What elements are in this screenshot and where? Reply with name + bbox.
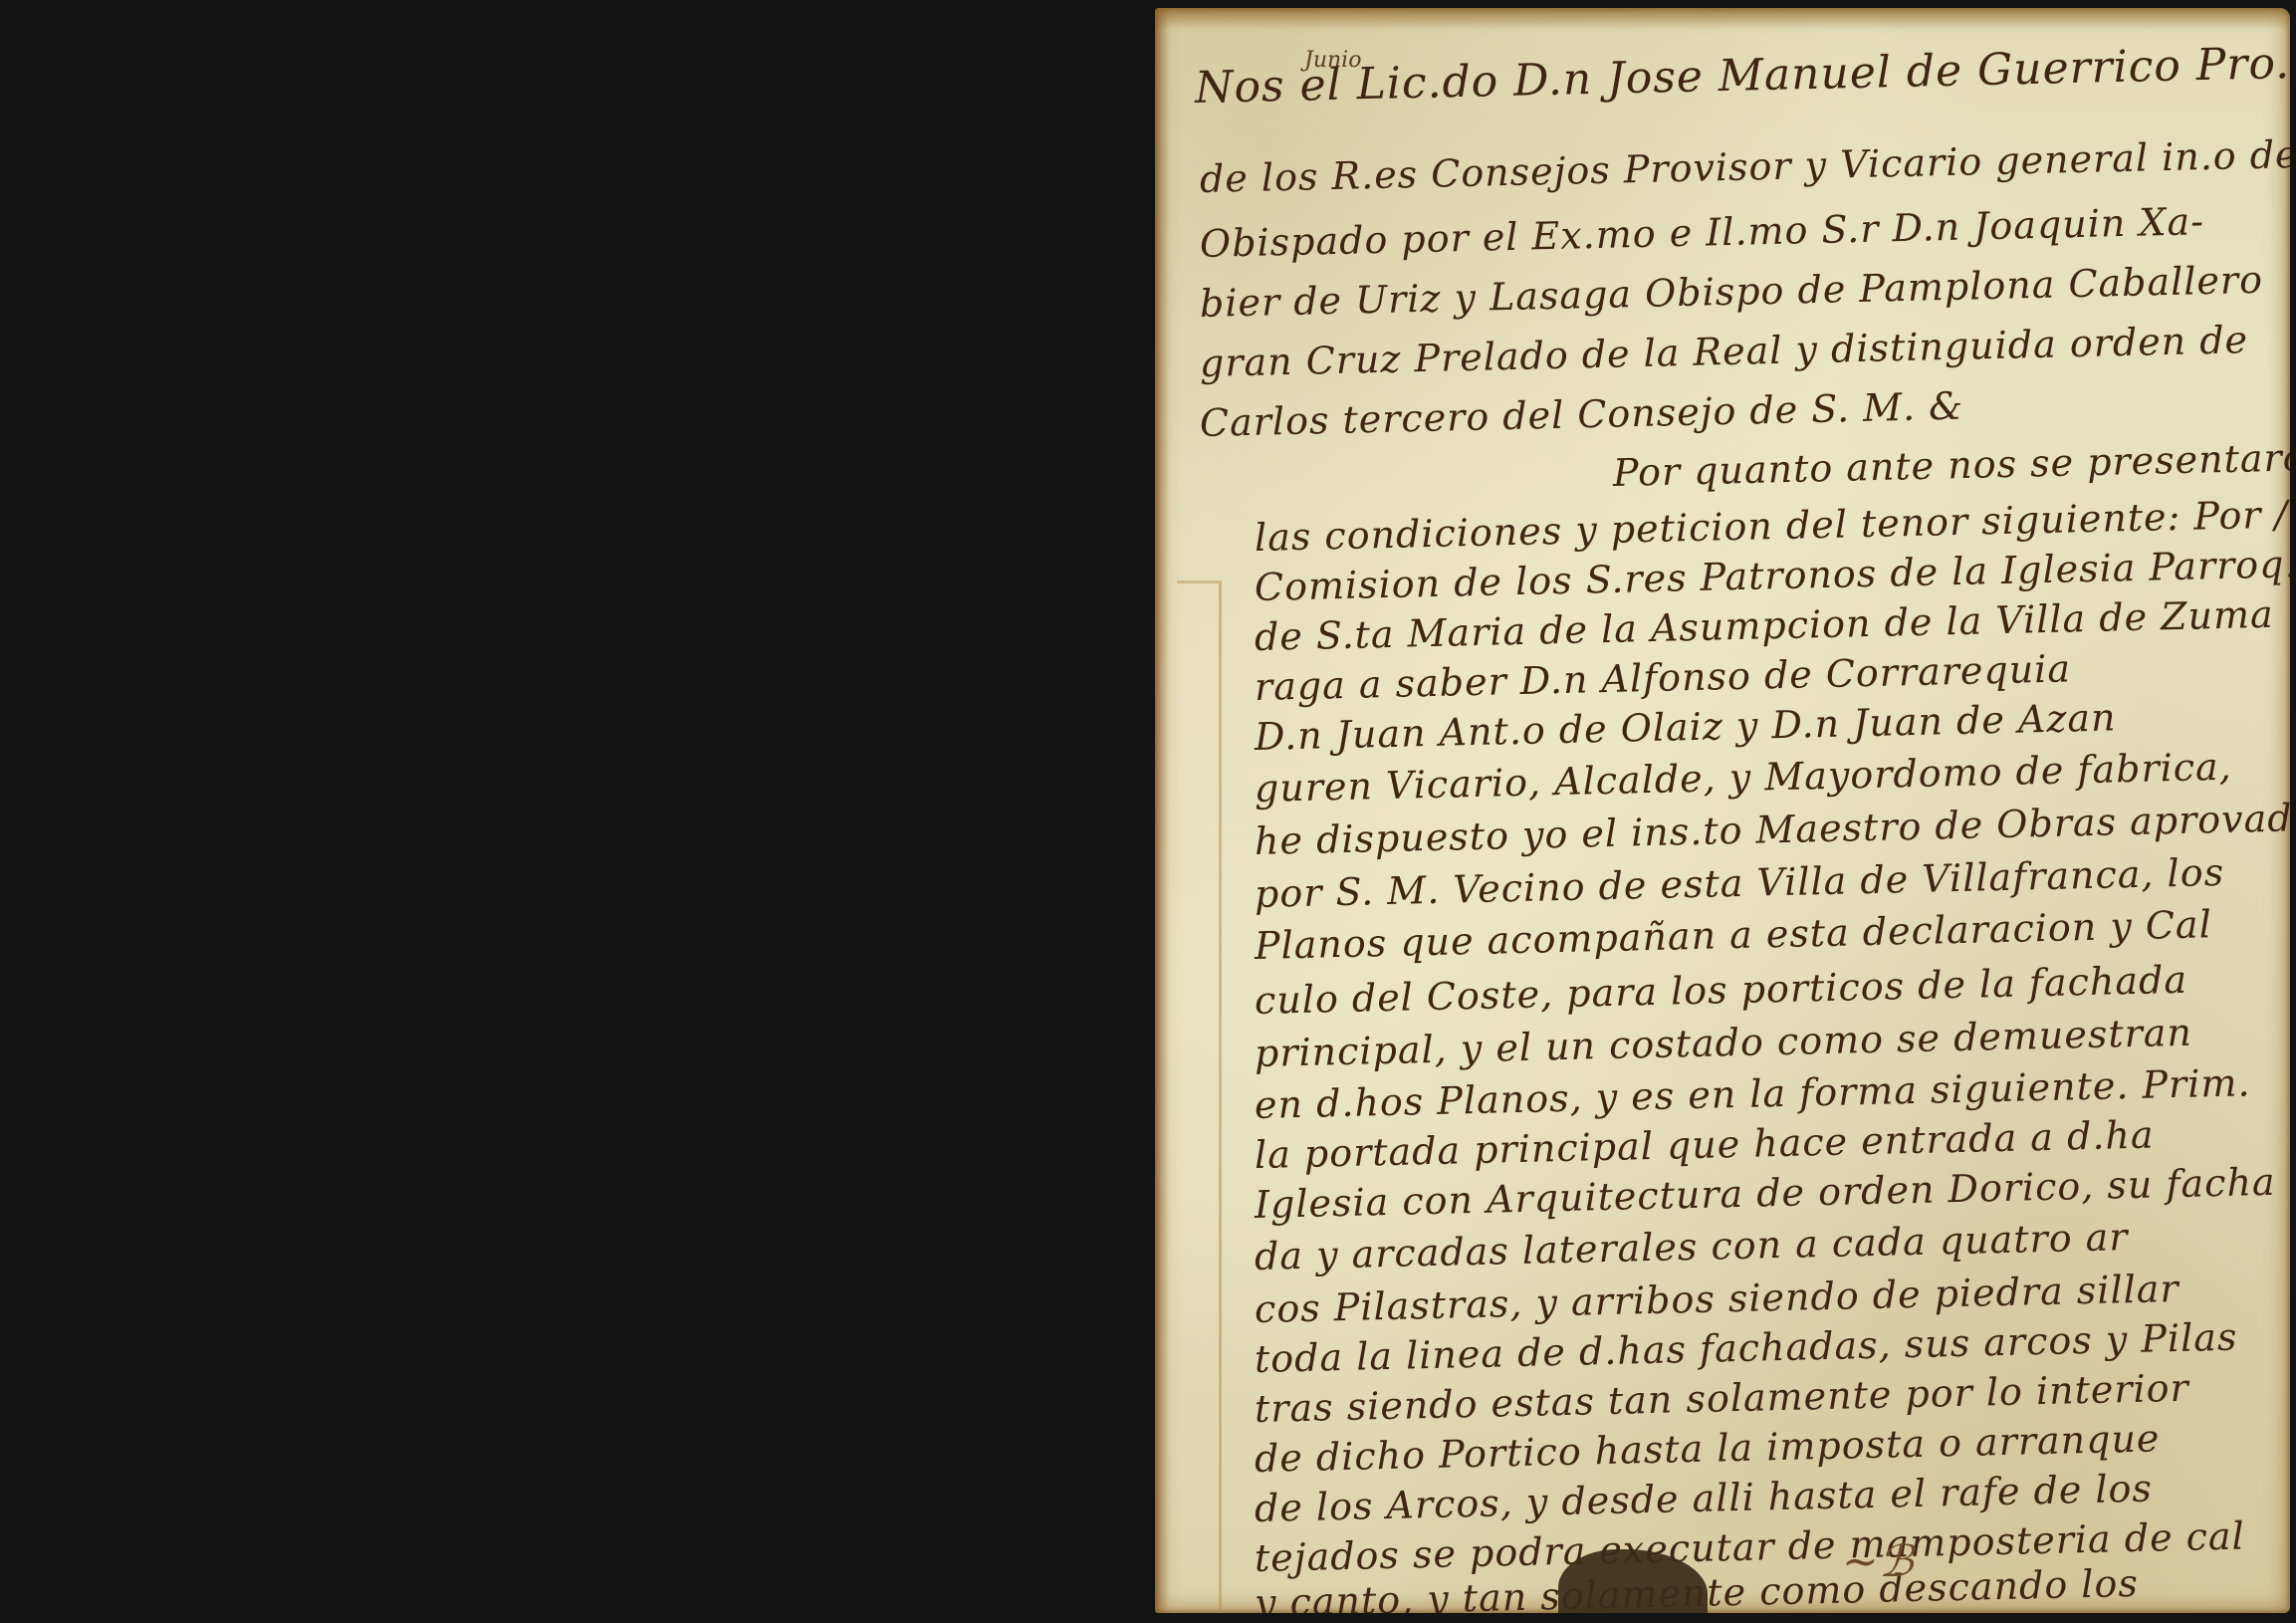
body-line: Por quanto ante nos se presentaron — [1613, 435, 2290, 495]
heading-line: Nos el Lic.do D.n Jose Manuel de Guerric… — [1194, 33, 2290, 114]
heading-line: Carlos tercero del Consejo de S. M. & — [1200, 384, 1964, 445]
rubric-flourish: ~ℬ — [1842, 1536, 1913, 1587]
heading-line: bier de Uriz y Lasaga Obispo de Pamplona… — [1200, 258, 2264, 326]
document-viewer: Junio Nos el Lic.do D.n Jose Manuel de G… — [0, 0, 2296, 1623]
manuscript-page: Junio Nos el Lic.do D.n Jose Manuel de G… — [1155, 8, 2290, 1613]
heading-line: Obispado por el Ex.mo e Il.mo S.r D.n Jo… — [1200, 199, 2205, 266]
manuscript-text: Junio Nos el Lic.do D.n Jose Manuel de G… — [1155, 8, 2290, 1613]
heading-line: gran Cruz Prelado de la Real y distingui… — [1200, 318, 2249, 385]
heading-line: de los R.es Consejos Provisor y Vicario … — [1200, 130, 2290, 201]
body-line: da y arcadas laterales con a cada quatro… — [1255, 1215, 2129, 1278]
